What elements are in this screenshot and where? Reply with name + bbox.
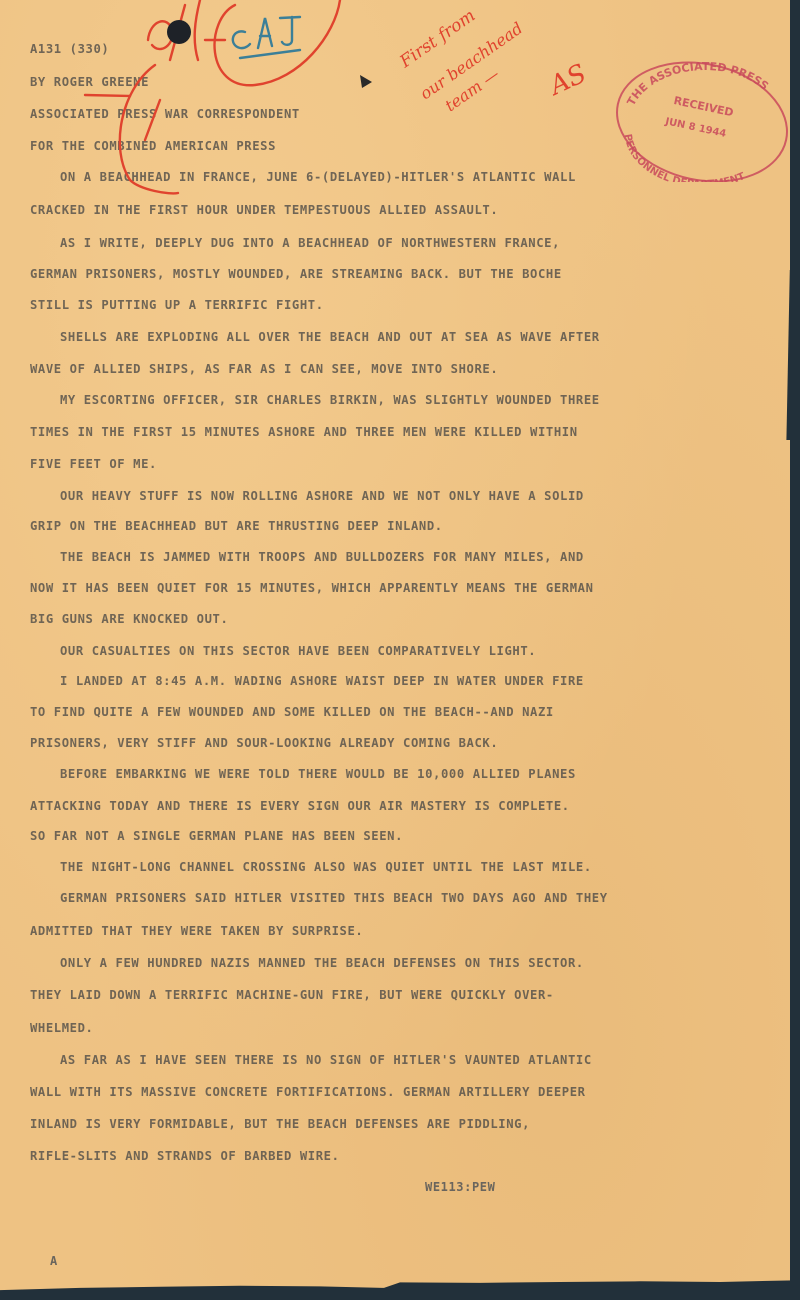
body-line: BEFORE EMBARKING WE WERE TOLD THERE WOUL…	[60, 767, 576, 781]
body-line: INLAND IS VERY FORMIDABLE, BUT THE BEACH…	[30, 1117, 530, 1131]
body-line: GERMAN PRISONERS SAID HITLER VISITED THI…	[60, 891, 608, 905]
received-stamp: THE ASSOCIATED PRESS RECEIVED JUN 8 1944…	[612, 52, 792, 182]
body-line: OUR HEAVY STUFF IS NOW ROLLING ASHORE AN…	[60, 489, 584, 503]
body-line: ONLY A FEW HUNDRED NAZIS MANNED THE BEAC…	[60, 956, 584, 970]
scan-background-edge	[790, 0, 800, 1290]
body-line: ON A BEACHHEAD IN FRANCE, JUNE 6-(DELAYE…	[60, 170, 576, 184]
pool-credit: FOR THE COMBINED AMERICAN PRESS	[30, 139, 276, 153]
body-line: AS I WRITE, DEEPLY DUG INTO A BEACHHEAD …	[60, 236, 560, 250]
body-line: TO FIND QUITE A FEW WOUNDED AND SOME KIL…	[30, 705, 554, 719]
body-line: CRACKED IN THE FIRST HOUR UNDER TEMPESTU…	[30, 203, 498, 217]
body-line: PRISONERS, VERY STIFF AND SOUR-LOOKING A…	[30, 736, 498, 750]
body-line: MY ESCORTING OFFICER, SIR CHARLES BIRKIN…	[60, 393, 600, 407]
stamp-bottom-arc: PERSONNEL DEPARTMENT	[622, 133, 747, 182]
body-line: AS FAR AS I HAVE SEEN THERE IS NO SIGN O…	[60, 1053, 592, 1067]
sign-off-code: WE113:PEW	[425, 1180, 495, 1194]
body-line: ADMITTED THAT THEY WERE TAKEN BY SURPRIS…	[30, 924, 363, 938]
stamp-received: RECEIVED	[672, 94, 734, 119]
footer-mark: A	[50, 1254, 57, 1268]
body-line: I LANDED AT 8:45 A.M. WADING ASHORE WAIS…	[60, 674, 584, 688]
body-line: SHELLS ARE EXPLODING ALL OVER THE BEACH …	[60, 330, 600, 344]
body-line: STILL IS PUTTING UP A TERRIFIC FIGHT.	[30, 298, 324, 312]
body-line: THEY LAID DOWN A TERRIFIC MACHINE-GUN FI…	[30, 988, 554, 1002]
body-line: GERMAN PRISONERS, MOSTLY WOUNDED, ARE ST…	[30, 267, 562, 281]
body-line: WALL WITH ITS MASSIVE CONCRETE FORTIFICA…	[30, 1085, 586, 1099]
body-line: THE BEACH IS JAMMED WITH TROOPS AND BULL…	[60, 550, 584, 564]
body-line: TIMES IN THE FIRST 15 MINUTES ASHORE AND…	[30, 425, 578, 439]
body-line: ATTACKING TODAY AND THERE IS EVERY SIGN …	[30, 799, 570, 813]
body-line: SO FAR NOT A SINGLE GERMAN PLANE HAS BEE…	[30, 829, 403, 843]
body-line: THE NIGHT-LONG CHANNEL CROSSING ALSO WAS…	[60, 860, 592, 874]
body-line: WHELMED.	[30, 1021, 94, 1035]
body-line: BIG GUNS ARE KNOCKED OUT.	[30, 612, 228, 626]
slug: A131 (330)	[30, 42, 109, 56]
body-line: GRIP ON THE BEACHHEAD BUT ARE THRUSTING …	[30, 519, 443, 533]
byline: BY ROGER GREENE	[30, 75, 149, 89]
affiliation: ASSOCIATED PRESS WAR CORRESPONDENT	[30, 107, 300, 121]
body-line: NOW IT HAS BEEN QUIET FOR 15 MINUTES, WH…	[30, 581, 594, 595]
stamp-date: JUN 8 1944	[663, 116, 727, 140]
svg-text:PERSONNEL DEPARTMENT: PERSONNEL DEPARTMENT	[622, 133, 747, 182]
body-line: OUR CASUALTIES ON THIS SECTOR HAVE BEEN …	[60, 644, 536, 658]
body-line: FIVE FEET OF ME.	[30, 457, 157, 471]
body-line: RIFLE-SLITS AND STRANDS OF BARBED WIRE.	[30, 1149, 340, 1163]
body-line: WAVE OF ALLIED SHIPS, AS FAR AS I CAN SE…	[30, 362, 498, 376]
